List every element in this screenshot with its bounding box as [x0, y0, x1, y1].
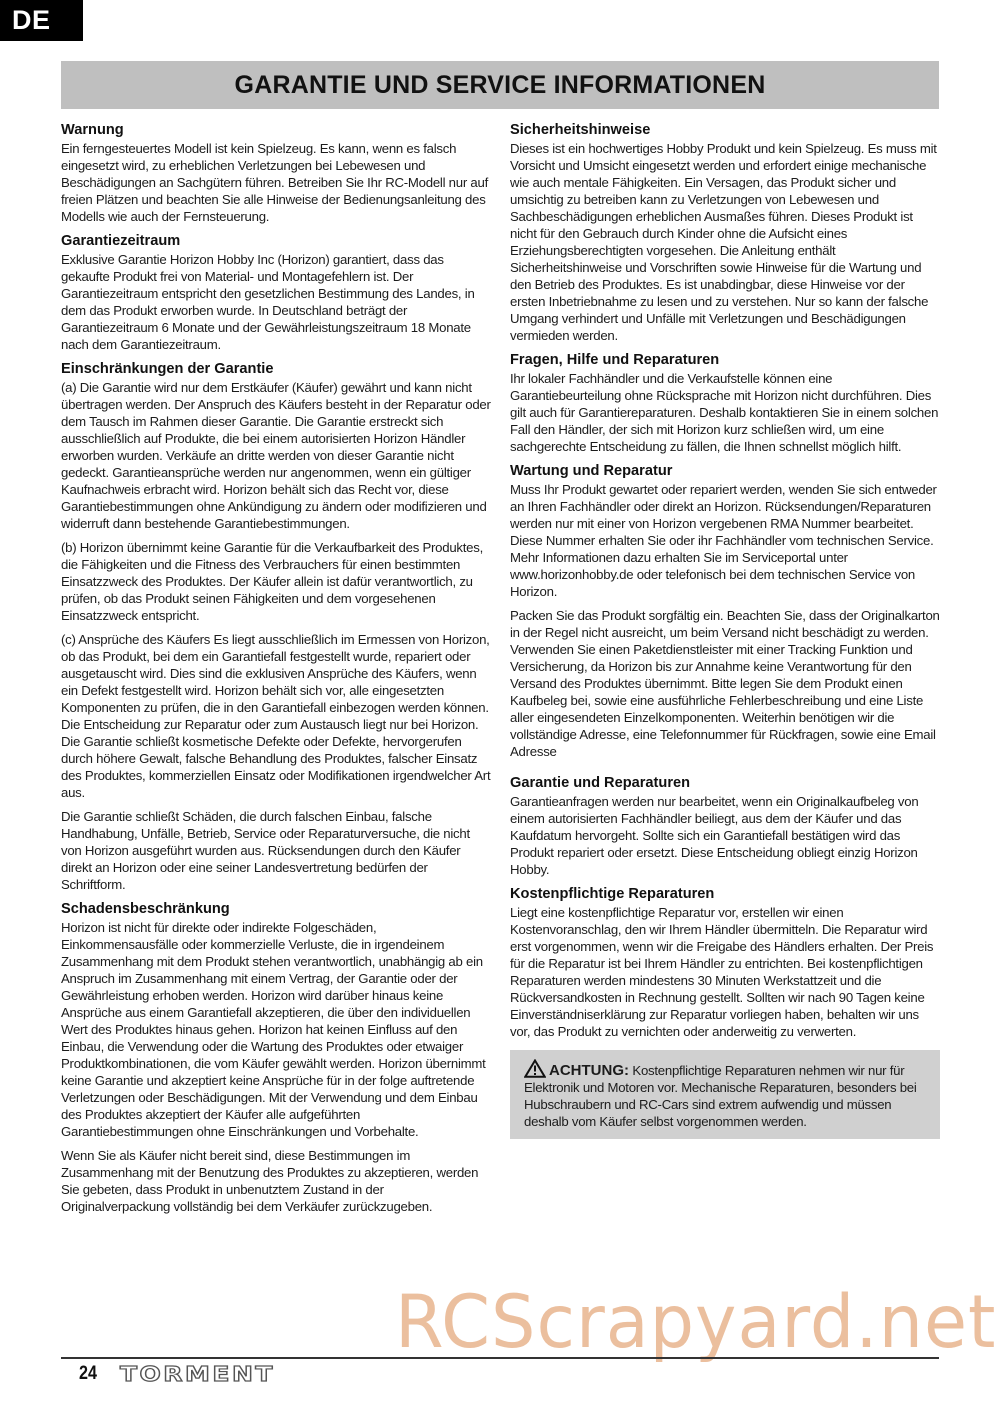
title-bar: GARANTIE UND SERVICE INFORMATIONEN	[61, 61, 939, 109]
paragraph: Horizon ist nicht für direkte oder indir…	[61, 919, 493, 1140]
notice-label: ACHTUNG:	[549, 1062, 629, 1079]
paragraph: (a) Die Garantie wird nur dem Erstkäufer…	[61, 379, 493, 532]
page-title: GARANTIE UND SERVICE INFORMATIONEN	[61, 61, 939, 109]
right-column: Sicherheitshinweise Dieses ist ein hochw…	[510, 118, 942, 1139]
paragraph: Packen Sie das Produkt sorgfältig ein. B…	[510, 607, 942, 760]
warning-notice: ACHTUNG: Kostenpflichtige Reparaturen ne…	[510, 1050, 940, 1139]
section-heading-kostenpflichtig: Kostenpflichtige Reparaturen	[510, 885, 942, 903]
section-heading-schadensbeschraenkung: Schadensbeschränkung	[61, 900, 493, 918]
paragraph: Liegt eine kostenpflichtige Reparatur vo…	[510, 904, 942, 1040]
watermark: RCScrapyard.net	[395, 1282, 997, 1362]
paragraph: Wenn Sie als Käufer nicht bereit sind, d…	[61, 1147, 493, 1215]
page-number: 24	[79, 1362, 97, 1386]
brand-logo: TORMENT	[120, 1364, 275, 1384]
section-heading-sicherheitshinweise: Sicherheitshinweise	[510, 121, 942, 139]
paragraph: (b) Horizon übernimmt keine Garantie für…	[61, 539, 493, 624]
paragraph: Dieses ist ein hochwertiges Hobby Produk…	[510, 140, 942, 344]
section-heading-garantie-reparaturen: Garantie und Reparaturen	[510, 774, 942, 792]
paragraph: Ein ferngesteuertes Modell ist kein Spie…	[61, 140, 493, 225]
left-column: Warnung Ein ferngesteuertes Modell ist k…	[61, 118, 493, 1222]
paragraph: Muss Ihr Produkt gewartet oder repariert…	[510, 481, 942, 600]
language-tab: DE	[0, 0, 83, 41]
footer-divider	[61, 1357, 939, 1359]
paragraph: Exklusive Garantie Horizon Hobby Inc (Ho…	[61, 251, 493, 353]
section-heading-garantiezeitraum: Garantiezeitraum	[61, 232, 493, 250]
section-heading-fragen: Fragen, Hilfe und Reparaturen	[510, 351, 942, 369]
paragraph: Die Garantie schließt Schäden, die durch…	[61, 808, 493, 893]
section-heading-warnung: Warnung	[61, 121, 493, 139]
paragraph: Ihr lokaler Fachhändler und die Verkaufs…	[510, 370, 942, 455]
paragraph: Garantieanfragen werden nur bearbeitet, …	[510, 793, 942, 878]
section-heading-einschraenkungen: Einschränkungen der Garantie	[61, 360, 493, 378]
warning-triangle-icon	[524, 1059, 546, 1078]
paragraph: (c) Ansprüche des Käufers Es liegt aussc…	[61, 631, 493, 801]
section-heading-wartung: Wartung und Reparatur	[510, 462, 942, 480]
